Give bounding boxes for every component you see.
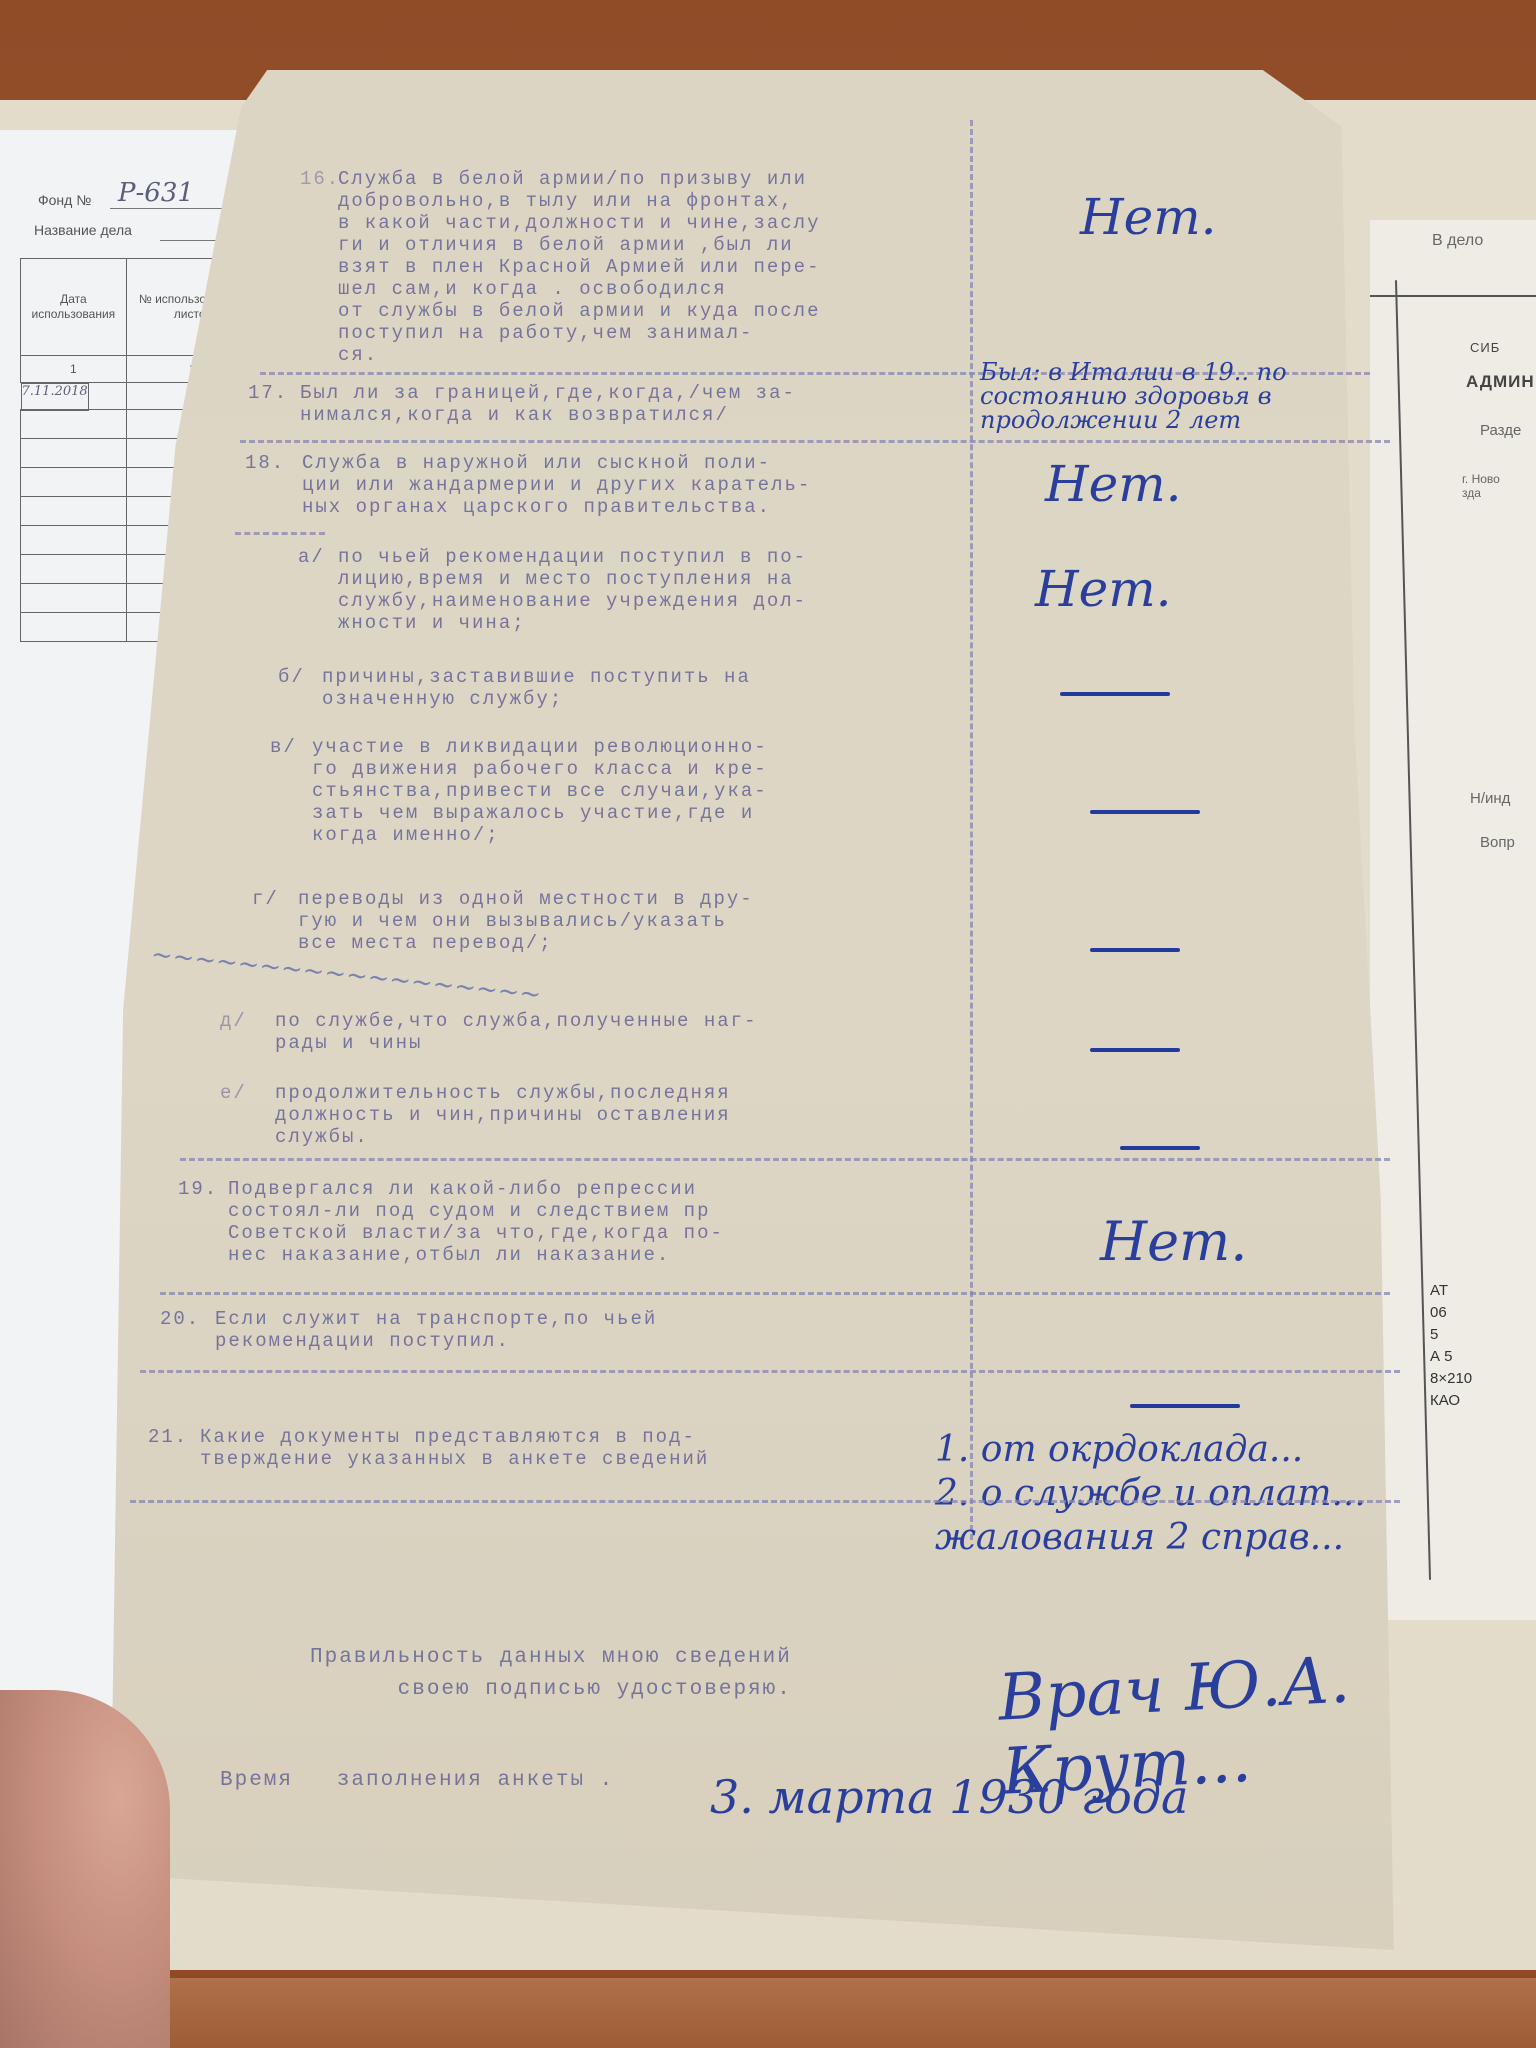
row-separator (160, 1292, 1390, 1295)
desk-edge (0, 1978, 1536, 2048)
item-18-answer: Нет. (1045, 455, 1182, 513)
row-separator (140, 1370, 1400, 1373)
row-separator (180, 1158, 1390, 1161)
short-separator (235, 532, 325, 535)
hand-thumb (0, 1690, 170, 2048)
item-18e-question: продолжительность службы,последняя должн… (275, 1082, 731, 1148)
date-value: 3. марта 1930 года (710, 1770, 1188, 1824)
questionnaire-page: 16. Служба в белой армии/по призыву или … (60, 70, 1450, 1980)
item-16-answer: Нет. (1080, 188, 1217, 246)
right-section: Разде (1480, 422, 1521, 439)
item-19-question: Подвергался ли какой-либо репрессии сост… (228, 1178, 724, 1266)
item-18a-question: по чьей рекомендации поступил в по- лици… (338, 546, 807, 634)
item-17-number: 17. (248, 382, 288, 404)
right-question: Вопр (1480, 834, 1515, 851)
column-divider (970, 120, 973, 1540)
right-address: г. Ново зда (1462, 472, 1500, 500)
item-18-number: 18. (245, 452, 285, 474)
item-20-number: 20. (160, 1308, 200, 1330)
item-18v-question: участие в ликвидации революционно- го дв… (312, 736, 768, 846)
item-18a-answer: Нет. (1035, 560, 1172, 618)
item-21-answer: 1. от окрдоклада... 2. о службе и оплат.… (935, 1428, 1366, 1560)
item-18d-letter: д/ (220, 1010, 247, 1032)
item-18g-dash-answer (1090, 948, 1180, 952)
item-18b-question: причины,заставившие поступить на означен… (322, 666, 751, 710)
item-20-dash-answer (1130, 1404, 1240, 1408)
right-index: Н/инд (1470, 790, 1510, 807)
item-18d-question: по службе,что служба,полученные наг- рад… (275, 1010, 757, 1054)
item-20-question: Если служит на транспорте,по чьей рекоме… (215, 1308, 657, 1352)
item-19-number: 19. (178, 1178, 218, 1200)
date-label: Время заполнения анкеты . (220, 1770, 614, 1792)
item-18e-letter: е/ (220, 1082, 247, 1104)
certification-text: Правильность данных мною сведений своею … (310, 1642, 792, 1706)
item-18b-letter: б/ (278, 666, 305, 688)
item-17-question: Был ли за границей,где,когда,/чем за- ни… (300, 382, 796, 426)
item-21-number: 21. (148, 1426, 188, 1448)
item-18v-letter: в/ (270, 736, 297, 758)
right-heading-1: СИБ (1470, 340, 1500, 355)
item-19-answer: Нет. (1100, 1210, 1247, 1273)
item-18e-dash-answer (1120, 1146, 1200, 1150)
item-18g-letter: г/ (252, 888, 279, 910)
item-16-number: 16. (300, 168, 340, 190)
item-18d-dash-answer (1090, 1048, 1180, 1052)
item-18g-question: переводы из одной местности в дру- гую и… (298, 888, 754, 954)
item-18-question: Служба в наружной или сыскной поли- ции … (302, 452, 811, 518)
right-heading-2: АДМИН (1466, 372, 1535, 392)
row-separator (130, 1500, 1400, 1503)
item-18a-letter: а/ (298, 546, 325, 568)
item-17-answer: Был: в Италии в 19.. по состоянию здоров… (980, 360, 1380, 432)
item-18b-dash-answer (1060, 692, 1170, 696)
item-21-question: Какие документы представляются в под- тв… (200, 1426, 709, 1470)
item-18v-dash-answer (1090, 810, 1200, 814)
item-16-question: Служба в белой армии/по призыву или добр… (338, 168, 820, 366)
row-separator (240, 440, 1390, 443)
